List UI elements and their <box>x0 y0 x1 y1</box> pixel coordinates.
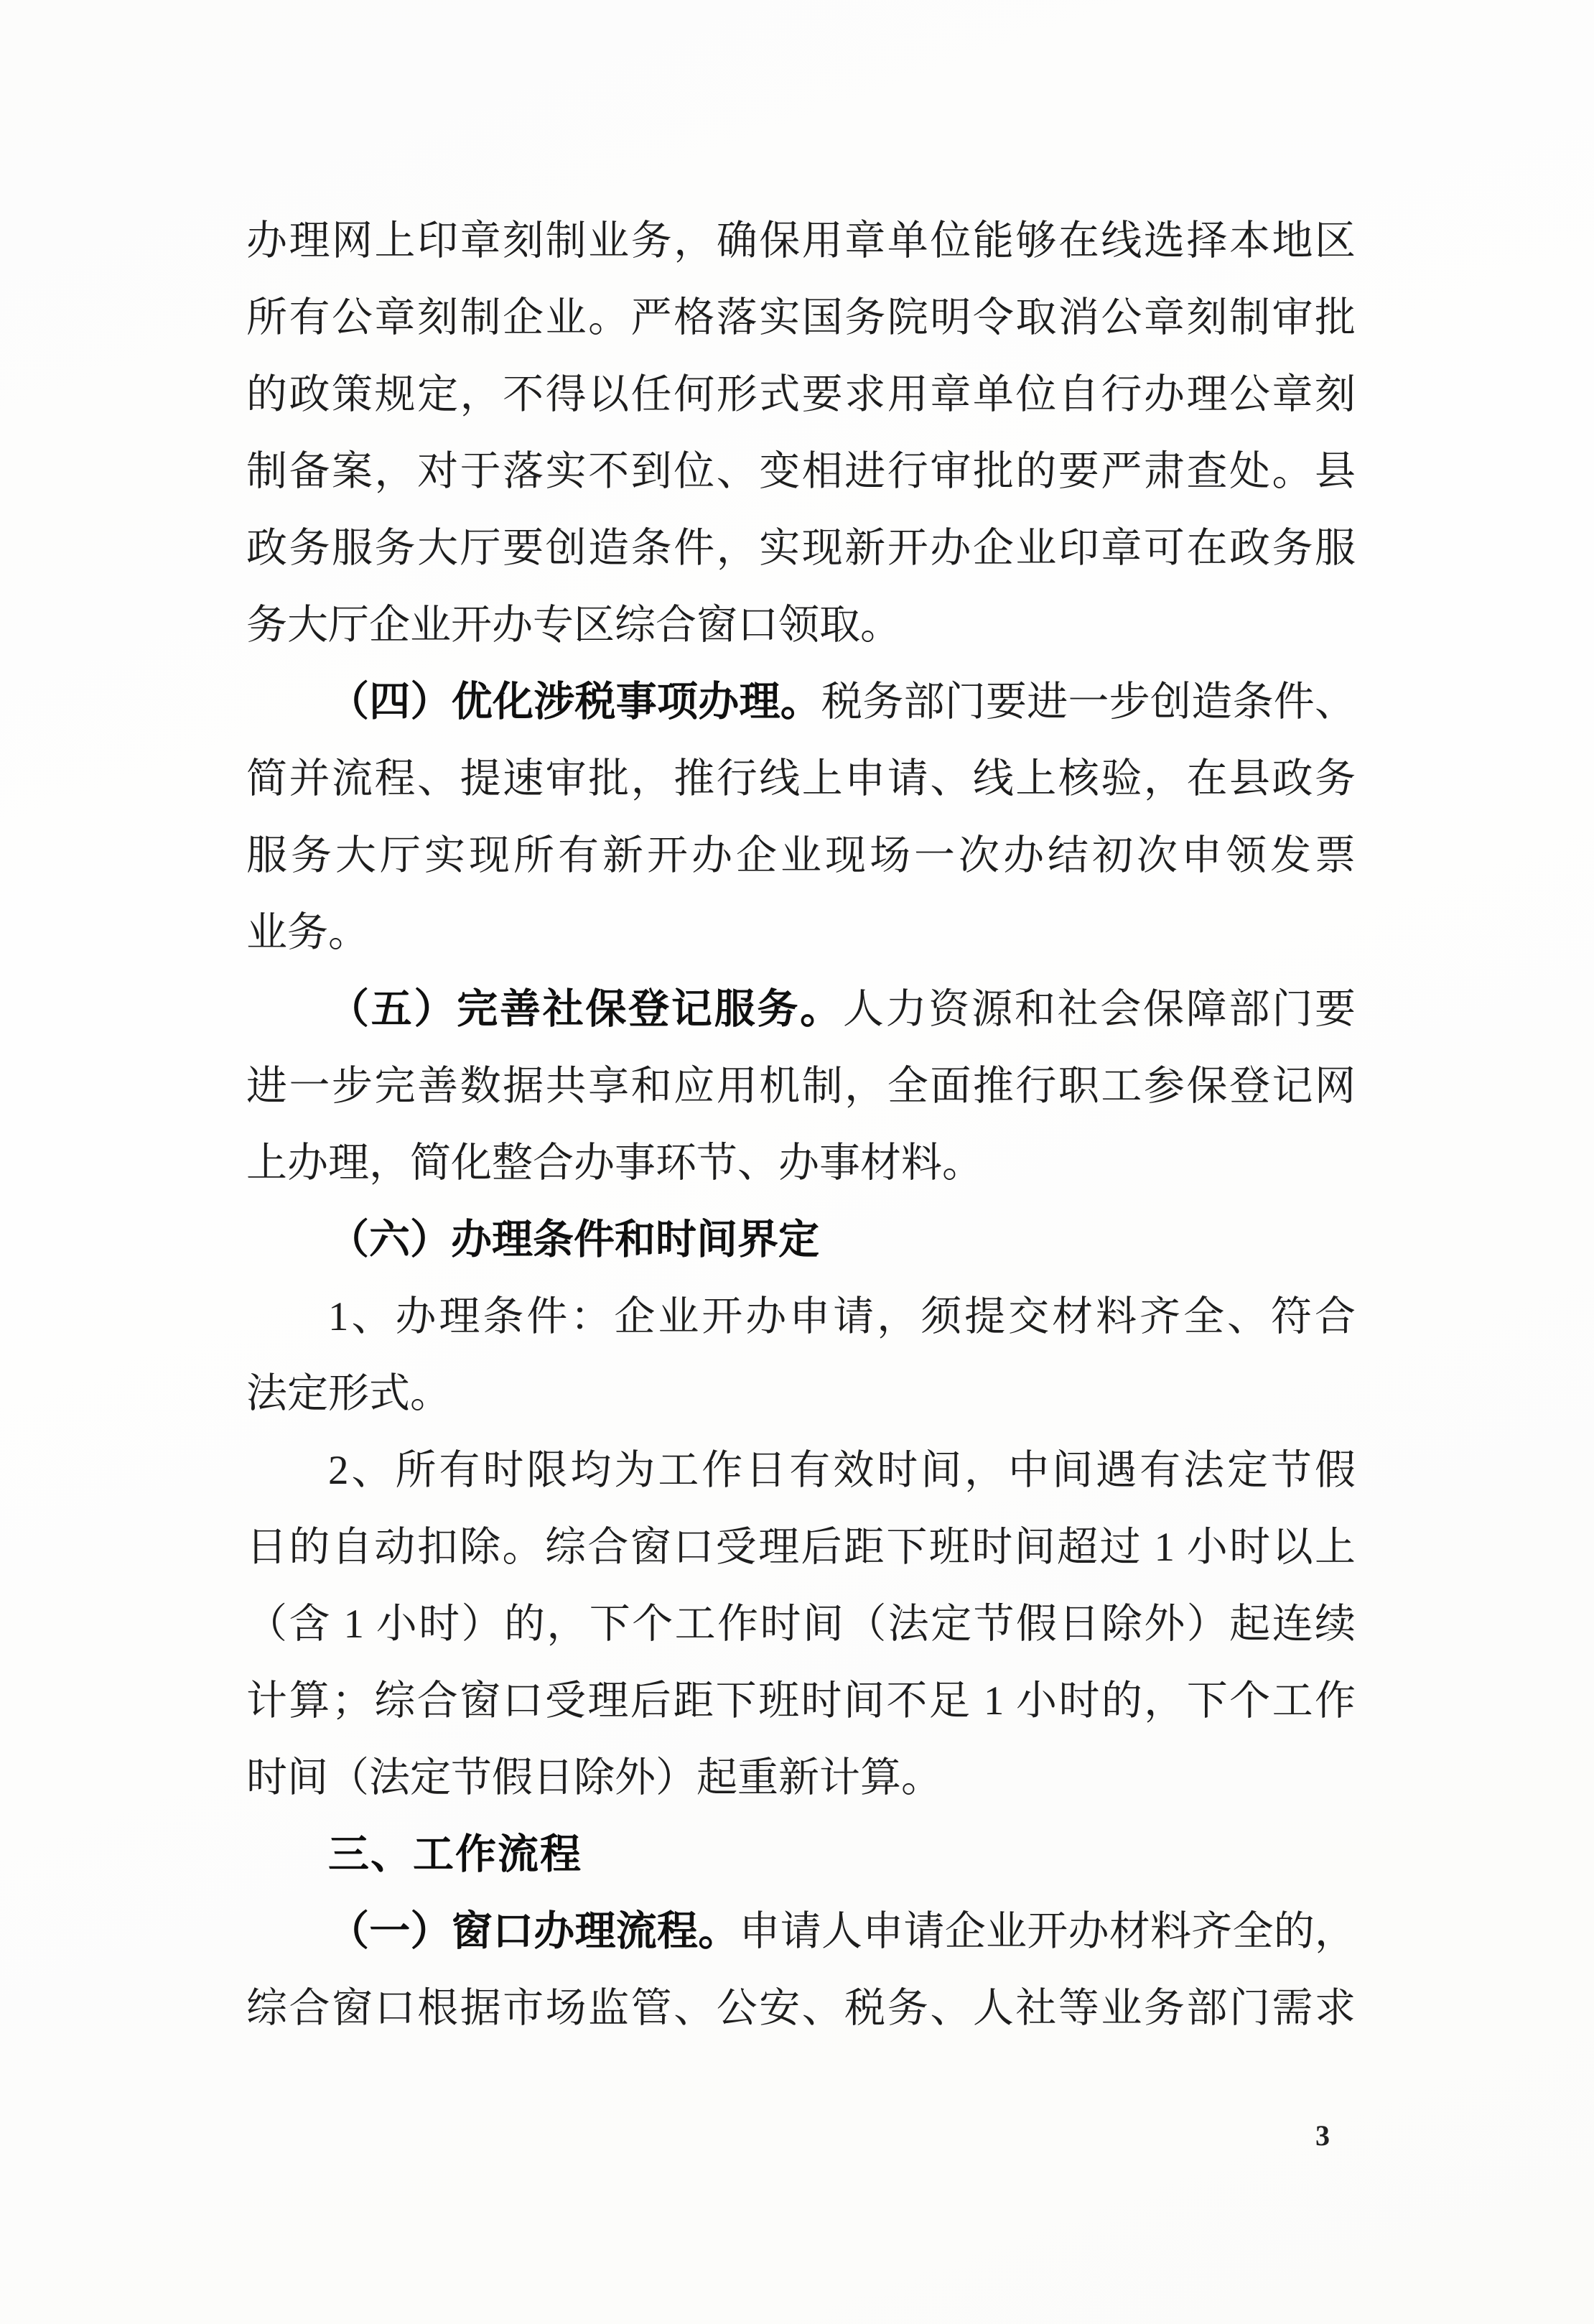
text-line: 服务大厅实现所有新开办企业现场一次办结初次申领发票 <box>246 817 1356 894</box>
body-segment: （含 1 小时）的，下个工作时间（法定节假日除外）起连续 <box>246 1602 1356 1647</box>
text-line: 政务服务大厅要创造条件，实现新开办企业印章可在政务服 <box>246 510 1356 587</box>
body-segment: 税务部门要进一步创造条件、 <box>821 679 1356 725</box>
heading-segment: 三、工作流程 <box>328 1831 582 1877</box>
heading-segment: （四）优化涉税事项办理。 <box>328 679 821 725</box>
document-page: 办理网上印章刻制业务，确保用章单位能够在线选择本地区所有公章刻制企业。严格落实国… <box>0 0 1594 2324</box>
body-segment: 服务大厅实现所有新开办企业现场一次办结初次申领发票 <box>246 833 1356 878</box>
text-line: 简并流程、提速审批，推行线上申请、线上核验，在县政务 <box>246 740 1356 817</box>
body-segment: 简并流程、提速审批，推行线上申请、线上核验，在县政务 <box>246 756 1356 801</box>
text-line: 的政策规定，不得以任何形式要求用章单位自行办理公章刻 <box>246 356 1356 433</box>
body-segment: 时间（法定节假日除外）起重新计算。 <box>246 1755 942 1800</box>
text-line: 计算；综合窗口受理后距下班时间不足 1 小时的，下个工作 <box>246 1663 1356 1739</box>
text-line: 日的自动扣除。综合窗口受理后距下班时间超过 1 小时以上 <box>246 1509 1356 1586</box>
body-segment: 办理网上印章刻制业务，确保用章单位能够在线选择本地区 <box>246 218 1356 264</box>
text-line: （含 1 小时）的，下个工作时间（法定节假日除外）起连续 <box>246 1586 1356 1663</box>
body-segment: 1、办理条件：企业开办申请，须提交材料齐全、符合 <box>328 1294 1356 1339</box>
text-block: 办理网上印章刻制业务，确保用章单位能够在线选择本地区所有公章刻制企业。严格落实国… <box>246 203 1356 2047</box>
text-line: （五）完善社保登记服务。人力资源和社会保障部门要 <box>246 971 1356 1048</box>
heading-segment: （五）完善社保登记服务。 <box>328 987 843 1032</box>
text-line: 业务。 <box>246 894 1356 971</box>
text-line: 2、所有时限均为工作日有效时间，中间遇有法定节假 <box>246 1432 1356 1509</box>
text-line: 三、工作流程 <box>246 1816 1356 1893</box>
body-segment: 计算；综合窗口受理后距下班时间不足 1 小时的，下个工作 <box>246 1678 1356 1724</box>
text-line: （六）办理条件和时间界定 <box>246 1201 1356 1278</box>
text-line: 时间（法定节假日除外）起重新计算。 <box>246 1739 1356 1816</box>
text-line: 务大厅企业开办专区综合窗口领取。 <box>246 587 1356 664</box>
body-segment: 综合窗口根据市场监管、公安、税务、人社等业务部门需求 <box>246 1986 1356 2031</box>
text-line: （一）窗口办理流程。申请人申请企业开办材料齐全的， <box>246 1893 1356 1970</box>
heading-segment: （一）窗口办理流程。 <box>328 1909 740 1954</box>
text-line: 上办理，简化整合办事环节、办事材料。 <box>246 1125 1356 1201</box>
text-line: 法定形式。 <box>246 1355 1356 1432</box>
body-segment: 日的自动扣除。综合窗口受理后距下班时间超过 1 小时以上 <box>246 1525 1356 1570</box>
heading-segment: （六）办理条件和时间界定 <box>328 1217 819 1263</box>
text-line: 所有公章刻制企业。严格落实国务院明令取消公章刻制审批 <box>246 279 1356 356</box>
body-segment: 务大厅企业开办专区综合窗口领取。 <box>246 603 901 648</box>
body-segment: 人力资源和社会保障部门要 <box>843 987 1356 1032</box>
text-line: 1、办理条件：企业开办申请，须提交材料齐全、符合 <box>246 1278 1356 1355</box>
text-line: 办理网上印章刻制业务，确保用章单位能够在线选择本地区 <box>246 203 1356 279</box>
text-line: （四）优化涉税事项办理。税务部门要进一步创造条件、 <box>246 664 1356 740</box>
body-segment: 2、所有时限均为工作日有效时间，中间遇有法定节假 <box>328 1448 1356 1493</box>
body-segment: 政务服务大厅要创造条件，实现新开办企业印章可在政务服 <box>246 526 1356 571</box>
body-segment: 业务。 <box>246 910 369 955</box>
page-number: 3 <box>1292 2119 1353 2152</box>
body-segment: 申请人申请企业开办材料齐全的， <box>740 1909 1356 1954</box>
body-segment: 制备案，对于落实不到位、变相进行审批的要严肃查处。县 <box>246 449 1356 494</box>
body-segment: 上办理，简化整合办事环节、办事材料。 <box>246 1140 983 1186</box>
text-line: 进一步完善数据共享和应用机制，全面推行职工参保登记网 <box>246 1048 1356 1125</box>
body-segment: 进一步完善数据共享和应用机制，全面推行职工参保登记网 <box>246 1064 1356 1109</box>
body-segment: 所有公章刻制企业。严格落实国务院明令取消公章刻制审批 <box>246 295 1356 340</box>
text-line: 制备案，对于落实不到位、变相进行审批的要严肃查处。县 <box>246 433 1356 510</box>
text-line: 综合窗口根据市场监管、公安、税务、人社等业务部门需求 <box>246 1970 1356 2047</box>
body-segment: 的政策规定，不得以任何形式要求用章单位自行办理公章刻 <box>246 372 1356 417</box>
body-segment: 法定形式。 <box>246 1371 451 1416</box>
